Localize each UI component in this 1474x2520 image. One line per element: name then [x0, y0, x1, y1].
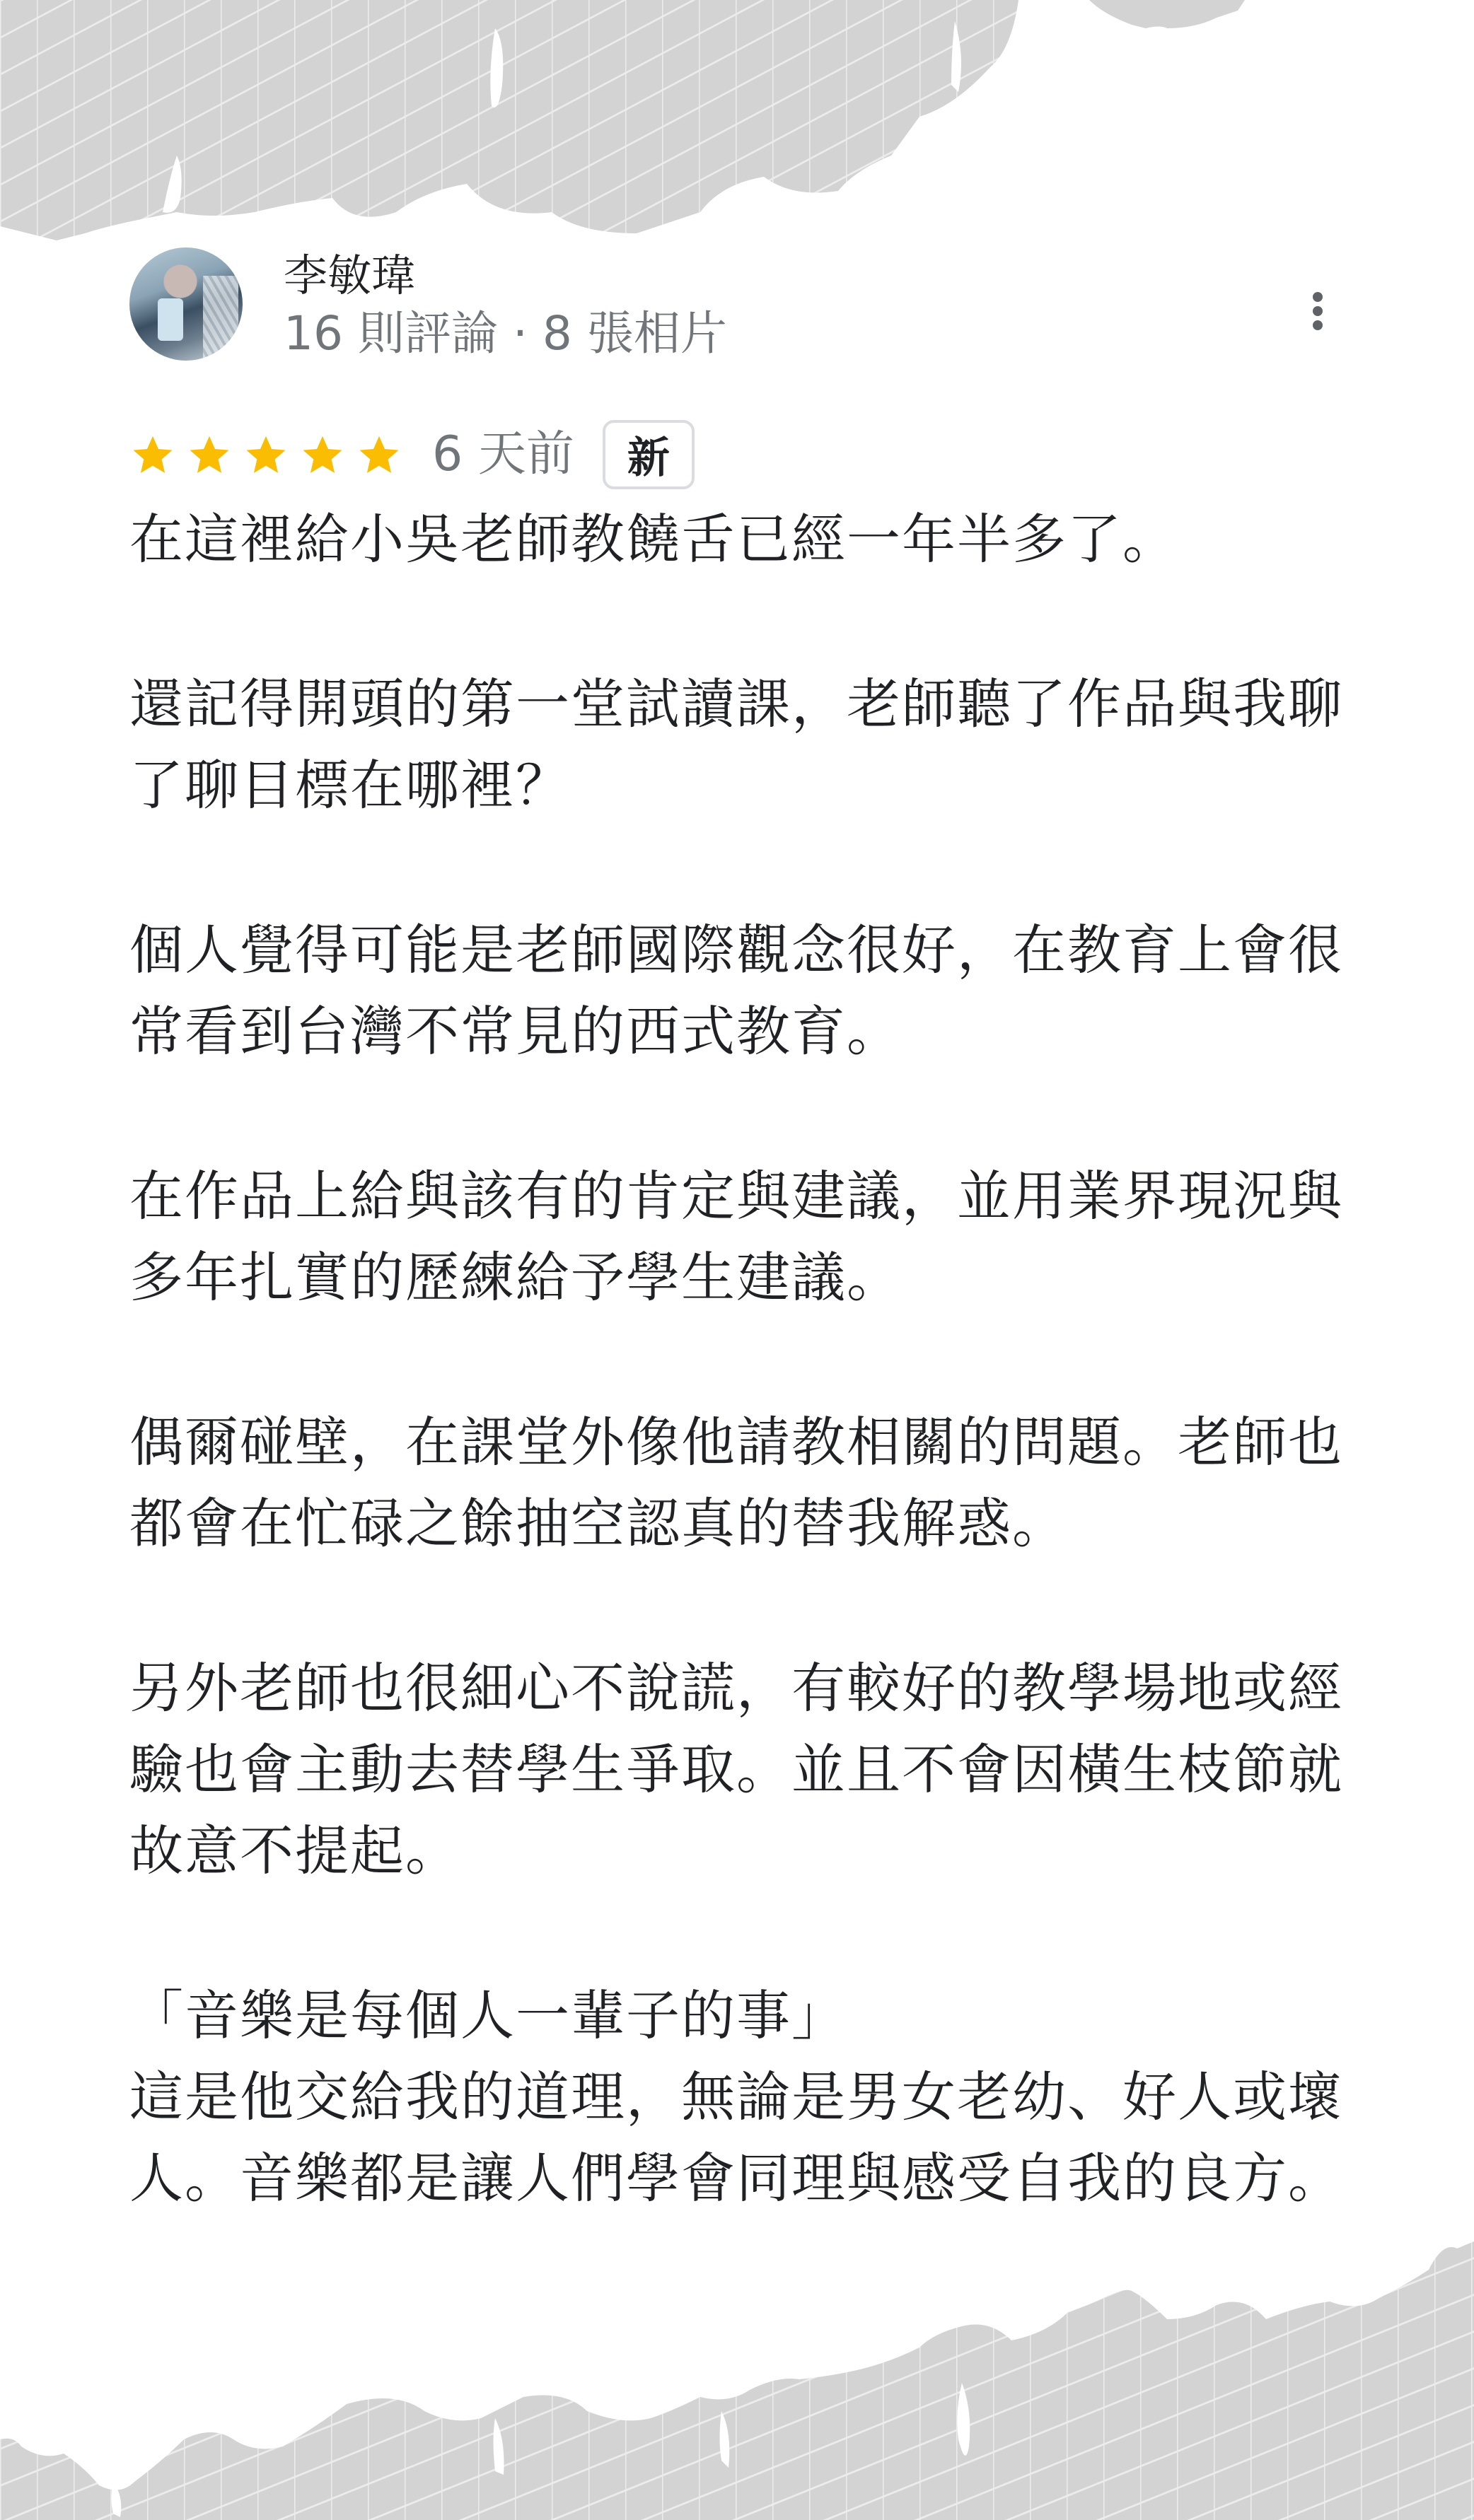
review-line: 這是他交給我的道理，無論是男女老幼、好人或壞 — [129, 2056, 1346, 2137]
review-line: 都會在忙碌之餘抽空認真的替我解惑。 — [129, 1483, 1346, 1564]
review-line: 在作品上給與該有的肯定與建議，並用業界現況與 — [129, 1155, 1346, 1237]
review-paragraph: 「音樂是每個人一輩子的事」 這是他交給我的道理，無論是男女老幼、好人或壞 人。音… — [129, 1975, 1346, 2219]
more-vert-icon — [1313, 320, 1323, 330]
review-header: 李敏瑋 16 則評論 · 8 張相片 — [129, 247, 1346, 364]
star-icon — [299, 431, 346, 478]
review-paragraph: 偶爾碰壁，在課堂外像他請教相關的問題。老師也 都會在忙碌之餘抽空認真的替我解惑。 — [129, 1401, 1346, 1564]
review-card: 李敏瑋 16 則評論 · 8 張相片 — [129, 247, 1346, 364]
review-line: 了聊目標在哪裡？ — [129, 745, 1346, 826]
decorative-grid-bottom — [0, 2227, 1474, 2520]
star-icon — [186, 431, 233, 478]
rating-row: 6 天前 新 — [129, 419, 695, 491]
review-line: 常看到台灣不常見的西式教育。 — [129, 991, 1346, 1072]
review-text: 在這裡給小吳老師教饒舌已經一年半多了。 還記得開頭的第一堂試讀課，老師聽了作品與… — [129, 498, 1346, 2219]
review-line: 個人覺得可能是老師國際觀念很好，在教育上會很 — [129, 909, 1346, 991]
star-icon — [243, 431, 289, 478]
new-badge: 新 — [603, 420, 695, 489]
decorative-grid-top — [0, 0, 1474, 240]
review-paragraph: 在這裡給小吳老師教饒舌已經一年半多了。 — [129, 498, 1346, 580]
reviewer-stats: 16 則評論 · 8 張相片 — [284, 304, 727, 363]
more-options-button[interactable] — [1304, 283, 1332, 339]
review-line: 人。音樂都是讓人們學會同理與感受自我的良方。 — [129, 2137, 1346, 2219]
review-quote-line: 「音樂是每個人一輩子的事」 — [129, 1975, 1346, 2056]
reviewer-name[interactable]: 李敏瑋 — [284, 247, 415, 304]
review-paragraph: 個人覺得可能是老師國際觀念很好，在教育上會很 常看到台灣不常見的西式教育。 — [129, 909, 1346, 1072]
review-line: 偶爾碰壁，在課堂外像他請教相關的問題。老師也 — [129, 1401, 1346, 1483]
star-icon — [356, 431, 402, 478]
review-line: 在這裡給小吳老師教饒舌已經一年半多了。 — [129, 498, 1346, 580]
review-paragraph: 還記得開頭的第一堂試讀課，老師聽了作品與我聊 了聊目標在哪裡？ — [129, 663, 1346, 826]
review-line: 驗也會主動去替學生爭取。並且不會因橫生枝節就 — [129, 1729, 1346, 1810]
review-line: 另外老師也很細心不說謊，有較好的教學場地或經 — [129, 1647, 1346, 1729]
review-line: 還記得開頭的第一堂試讀課，老師聽了作品與我聊 — [129, 663, 1346, 745]
avatar-photo-detail — [158, 298, 183, 341]
review-paragraph: 在作品上給與該有的肯定與建議，並用業界現況與 多年扎實的歷練給予學生建議。 — [129, 1155, 1346, 1318]
more-vert-icon — [1313, 306, 1323, 316]
review-paragraph: 另外老師也很細心不說謊，有較好的教學場地或經 驗也會主動去替學生爭取。並且不會因… — [129, 1647, 1346, 1891]
review-time: 6 天前 — [432, 419, 574, 491]
review-line: 多年扎實的歷練給予學生建議。 — [129, 1237, 1346, 1318]
star-icon — [129, 431, 176, 478]
review-line: 故意不提起。 — [129, 1810, 1346, 1891]
avatar-photo-detail — [203, 276, 238, 361]
more-vert-icon — [1313, 292, 1323, 302]
star-rating — [129, 431, 402, 478]
reviewer-avatar[interactable] — [129, 247, 243, 361]
